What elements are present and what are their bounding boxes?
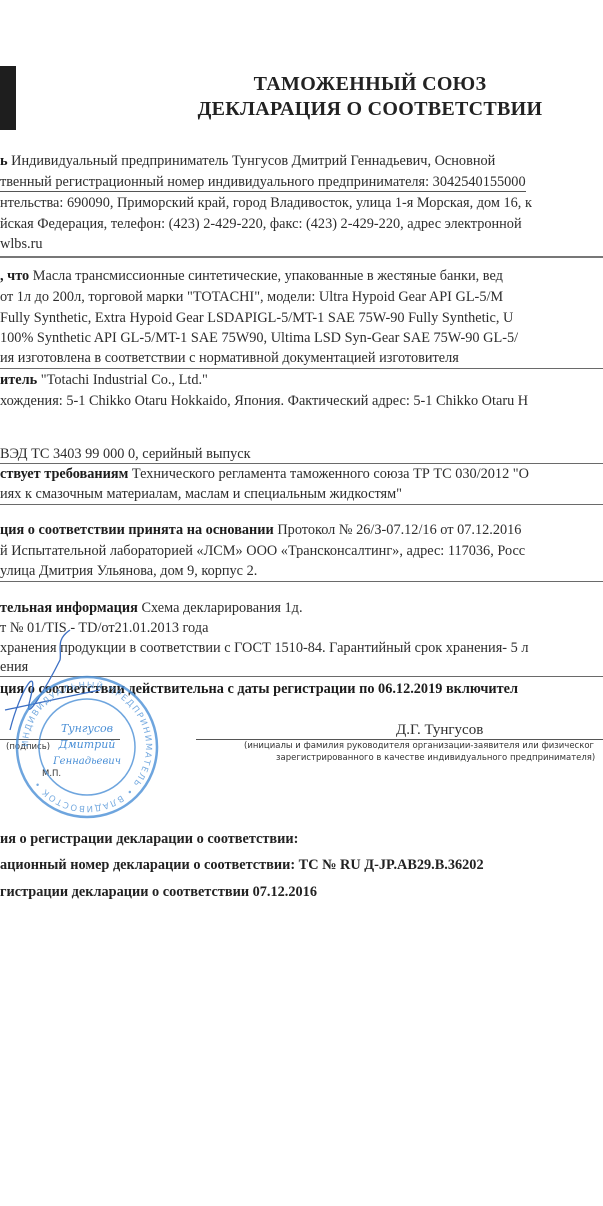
product-line-1: , что Масла трансмиссионные синтетически… bbox=[0, 268, 503, 285]
registration-number: ационный номер декларации о соответствии… bbox=[0, 857, 484, 874]
document-title: ТАМОЖЕННЫЙ СОЮЗ ДЕКЛАРАЦИЯ О СООТВЕТСТВИ… bbox=[160, 72, 580, 122]
declaration-page: ТАМОЖЕННЫЙ СОЮЗ ДЕКЛАРАЦИЯ О СООТВЕТСТВИ… bbox=[0, 0, 603, 1206]
title-line-2: ДЕКЛАРАЦИЯ О СООТВЕТСТВИИ bbox=[160, 97, 580, 122]
product-line-3: Fully Synthetic, Extra Hypoid Gear LSDAP… bbox=[0, 310, 513, 327]
product-line-4: 100% Synthetic API GL-5/MT-1 SAE 75W90, … bbox=[0, 330, 518, 347]
basis-line-3: улица Дмитрия Ульянова, дом 9, корпус 2. bbox=[0, 563, 257, 580]
applicant-line-5: wlbs.ru bbox=[0, 236, 43, 253]
basis-line-2: й Испытательной лабораторией «ЛСМ» ООО «… bbox=[0, 543, 525, 560]
applicant-line-4: йская Федерация, телефон: (423) 2-429-22… bbox=[0, 216, 522, 233]
conformity-line-2: иях к смазочным материалам, маслам и спе… bbox=[0, 486, 402, 503]
name-line bbox=[196, 739, 603, 740]
official-seal-icon: ИНДИВИДУАЛЬНЫЙ ПРЕДПРИНИМАТЕЛЬ • ВЛАДИВО… bbox=[12, 672, 162, 822]
name-caption-line-2: зарегистрированного в качестве индивидуа… bbox=[276, 753, 595, 764]
tn-ved-code-line: ВЭД ТС 3403 99 000 0, серийный выпуск bbox=[0, 446, 251, 463]
product-line-2: от 1л до 200л, торговой марки "TOTACHI",… bbox=[0, 289, 503, 306]
signatory-name: Д.Г. Тунгусов bbox=[396, 722, 483, 739]
divider bbox=[0, 368, 603, 369]
registration-date: гистрации декларации о соответствии 07.1… bbox=[0, 884, 317, 901]
emblem-bar bbox=[0, 66, 16, 130]
divider bbox=[0, 504, 603, 505]
basis-line-1: ция о соответствии принята на основании … bbox=[0, 522, 521, 539]
svg-text:Геннадьевич: Геннадьевич bbox=[52, 756, 121, 767]
product-line-5: ия изготовлена в соответствии с норматив… bbox=[0, 350, 459, 367]
divider bbox=[0, 581, 603, 582]
manufacturer-line-1: итель "Totachi Industrial Co., Ltd." bbox=[0, 372, 208, 389]
manufacturer-line-2: хождения: 5-1 Chikko Otaru Hokkaido, Япо… bbox=[0, 393, 528, 410]
additional-line-1: тельная информация Схема декларирования … bbox=[0, 600, 303, 617]
svg-text:Дмитрий: Дмитрий bbox=[58, 738, 116, 751]
applicant-line-1: ь Индивидуальный предприниматель Тунгусо… bbox=[0, 153, 495, 170]
applicant-line-2: твенный регистрационный номер индивидуал… bbox=[0, 174, 526, 192]
applicant-line-3: нтельства: 690090, Приморский край, горо… bbox=[0, 195, 532, 212]
title-line-1: ТАМОЖЕННЫЙ СОЮЗ bbox=[160, 72, 580, 97]
conformity-line-1: ствует требованиям Технического регламен… bbox=[0, 466, 529, 483]
name-caption-line-1: (инициалы и фамилия руководителя организ… bbox=[244, 741, 594, 752]
divider bbox=[0, 463, 603, 464]
registration-heading: ия о регистрации декларации о соответств… bbox=[0, 831, 298, 848]
svg-text:Тунгусов: Тунгусов bbox=[61, 722, 113, 735]
divider bbox=[0, 256, 603, 258]
